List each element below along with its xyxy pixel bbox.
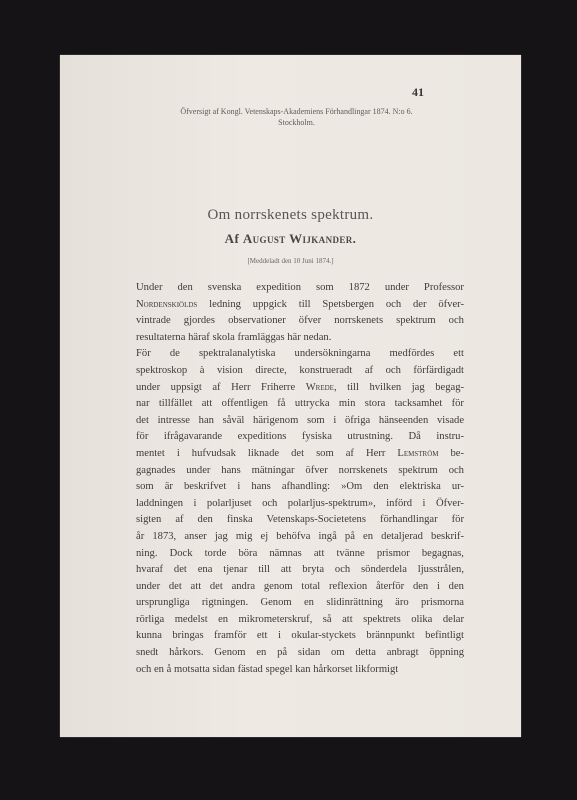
text-line: år 1873, anser jag mig ej behöfva ingå p…: [116, 529, 464, 546]
text-line: Nordenskiölds ledning uppgick till Spets…: [116, 297, 464, 314]
journal-header-place: Stockholm.: [72, 117, 521, 128]
article-author: Af August Wijkander.: [60, 231, 521, 247]
text-line: snedt hårkors. Genom en på sidan om dett…: [116, 645, 464, 662]
text-line: spektroskop à vision directe, konstruera…: [116, 363, 464, 380]
text-line: ursprungliga rigtningen. Genom en slidin…: [116, 595, 464, 612]
communication-date: [Meddeladt den 10 Juni 1874.]: [60, 257, 521, 265]
paragraph: För de spektralanalytiska undersökningar…: [116, 346, 464, 678]
article-title: Om norrskenets spektrum.: [60, 207, 521, 224]
text-line: mentet i hufvudsak liknade det som af He…: [116, 446, 464, 463]
text-line: För de spektralanalytiska undersökningar…: [116, 346, 464, 363]
paragraph: Under den svenska expedition som 1872 un…: [116, 280, 464, 346]
author-prefix: Af: [225, 231, 240, 246]
text-line: ning. Dock torde böra nämnas att tvänne …: [116, 546, 464, 563]
journal-header-line: Öfversigt af Kongl. Vetenskaps-Akademien…: [72, 106, 521, 117]
text-line: laddningen i polarljuset och polarljus-s…: [116, 496, 464, 513]
page-number: 41: [412, 85, 424, 100]
text-line: kunna bringas framför ett i okular-styck…: [116, 628, 464, 645]
document-page: 41 Öfversigt af Kongl. Vetenskaps-Akadem…: [60, 55, 521, 737]
text-line: det intresse han såväl härigenom som i ö…: [116, 413, 464, 430]
text-line: och en å motsatta sidan fästad spegel ka…: [116, 662, 464, 679]
text-line: gagnades under hans mätningar öfver norr…: [116, 463, 464, 480]
text-line: för ifrågavarande expeditions fysiska ut…: [116, 429, 464, 446]
text-line: sigten af den finska Vetenskaps-Societet…: [116, 512, 464, 529]
text-line: rörliga medelst en mikrometerskruf, så a…: [116, 612, 464, 629]
author-name: August Wijkander.: [243, 231, 356, 246]
text-line: under uppsigt af Herr Friherre Wrede, ti…: [116, 380, 464, 397]
journal-header: Öfversigt af Kongl. Vetenskaps-Akademien…: [60, 106, 521, 128]
text-line: under det att det andra genom total refl…: [116, 579, 464, 596]
text-line: som är beskrifvet i hans afhandling: »Om…: [116, 479, 464, 496]
text-line: Under den svenska expedition som 1872 un…: [116, 280, 464, 297]
text-line: resultaterna häraf skola framläggas här …: [116, 330, 464, 347]
text-line: hvaraf det ena tjenar till att bryta och…: [116, 562, 464, 579]
text-line: vintrade gjordes observationer öfver nor…: [116, 313, 464, 330]
article-body: Under den svenska expedition som 1872 un…: [116, 280, 464, 678]
text-line: nar tillfället att offentligen få uttryc…: [116, 396, 464, 413]
